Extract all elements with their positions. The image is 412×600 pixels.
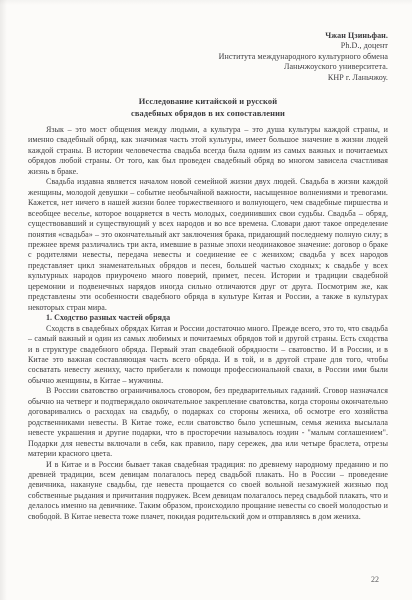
page-number: 22 xyxy=(371,575,379,584)
page-content: Чжан Цзиньфан. Ph.D., доцент Института м… xyxy=(0,0,412,522)
section-heading: 1. Сходство разных частей обряда xyxy=(28,313,388,323)
author-name: Чжан Цзиньфан. xyxy=(28,31,388,41)
paragraph: Язык – это мост общения между людьми, а … xyxy=(28,125,388,177)
paper-title: Исследование китайской и русской свадебн… xyxy=(28,96,388,119)
author-location: КНР г. Ланьчжоу. xyxy=(28,73,388,83)
author-affiliation: Института международного культурного обм… xyxy=(28,52,388,62)
paragraph: И в Китае и в России бывает такая свадеб… xyxy=(28,460,388,523)
paragraph: Свадьба издавна является началом новой с… xyxy=(28,177,388,313)
author-university: Ланьчжоуского университета. xyxy=(28,62,388,72)
paragraph: Сходств в свадебных обрядах Китая и Росс… xyxy=(28,324,388,387)
author-degree: Ph.D., доцент xyxy=(28,41,388,51)
paper-title-line1: Исследование китайской и русской xyxy=(28,96,388,108)
document-body: Язык – это мост общения между людьми, а … xyxy=(28,125,388,522)
scanned-document-page: Чжан Цзиньфан. Ph.D., доцент Института м… xyxy=(0,0,412,600)
paragraph: В России сватовство ограничивалось сгово… xyxy=(28,386,388,459)
paper-title-line2: свадебных обрядов в их сопоставлении xyxy=(28,108,388,120)
author-block: Чжан Цзиньфан. Ph.D., доцент Института м… xyxy=(28,31,388,83)
